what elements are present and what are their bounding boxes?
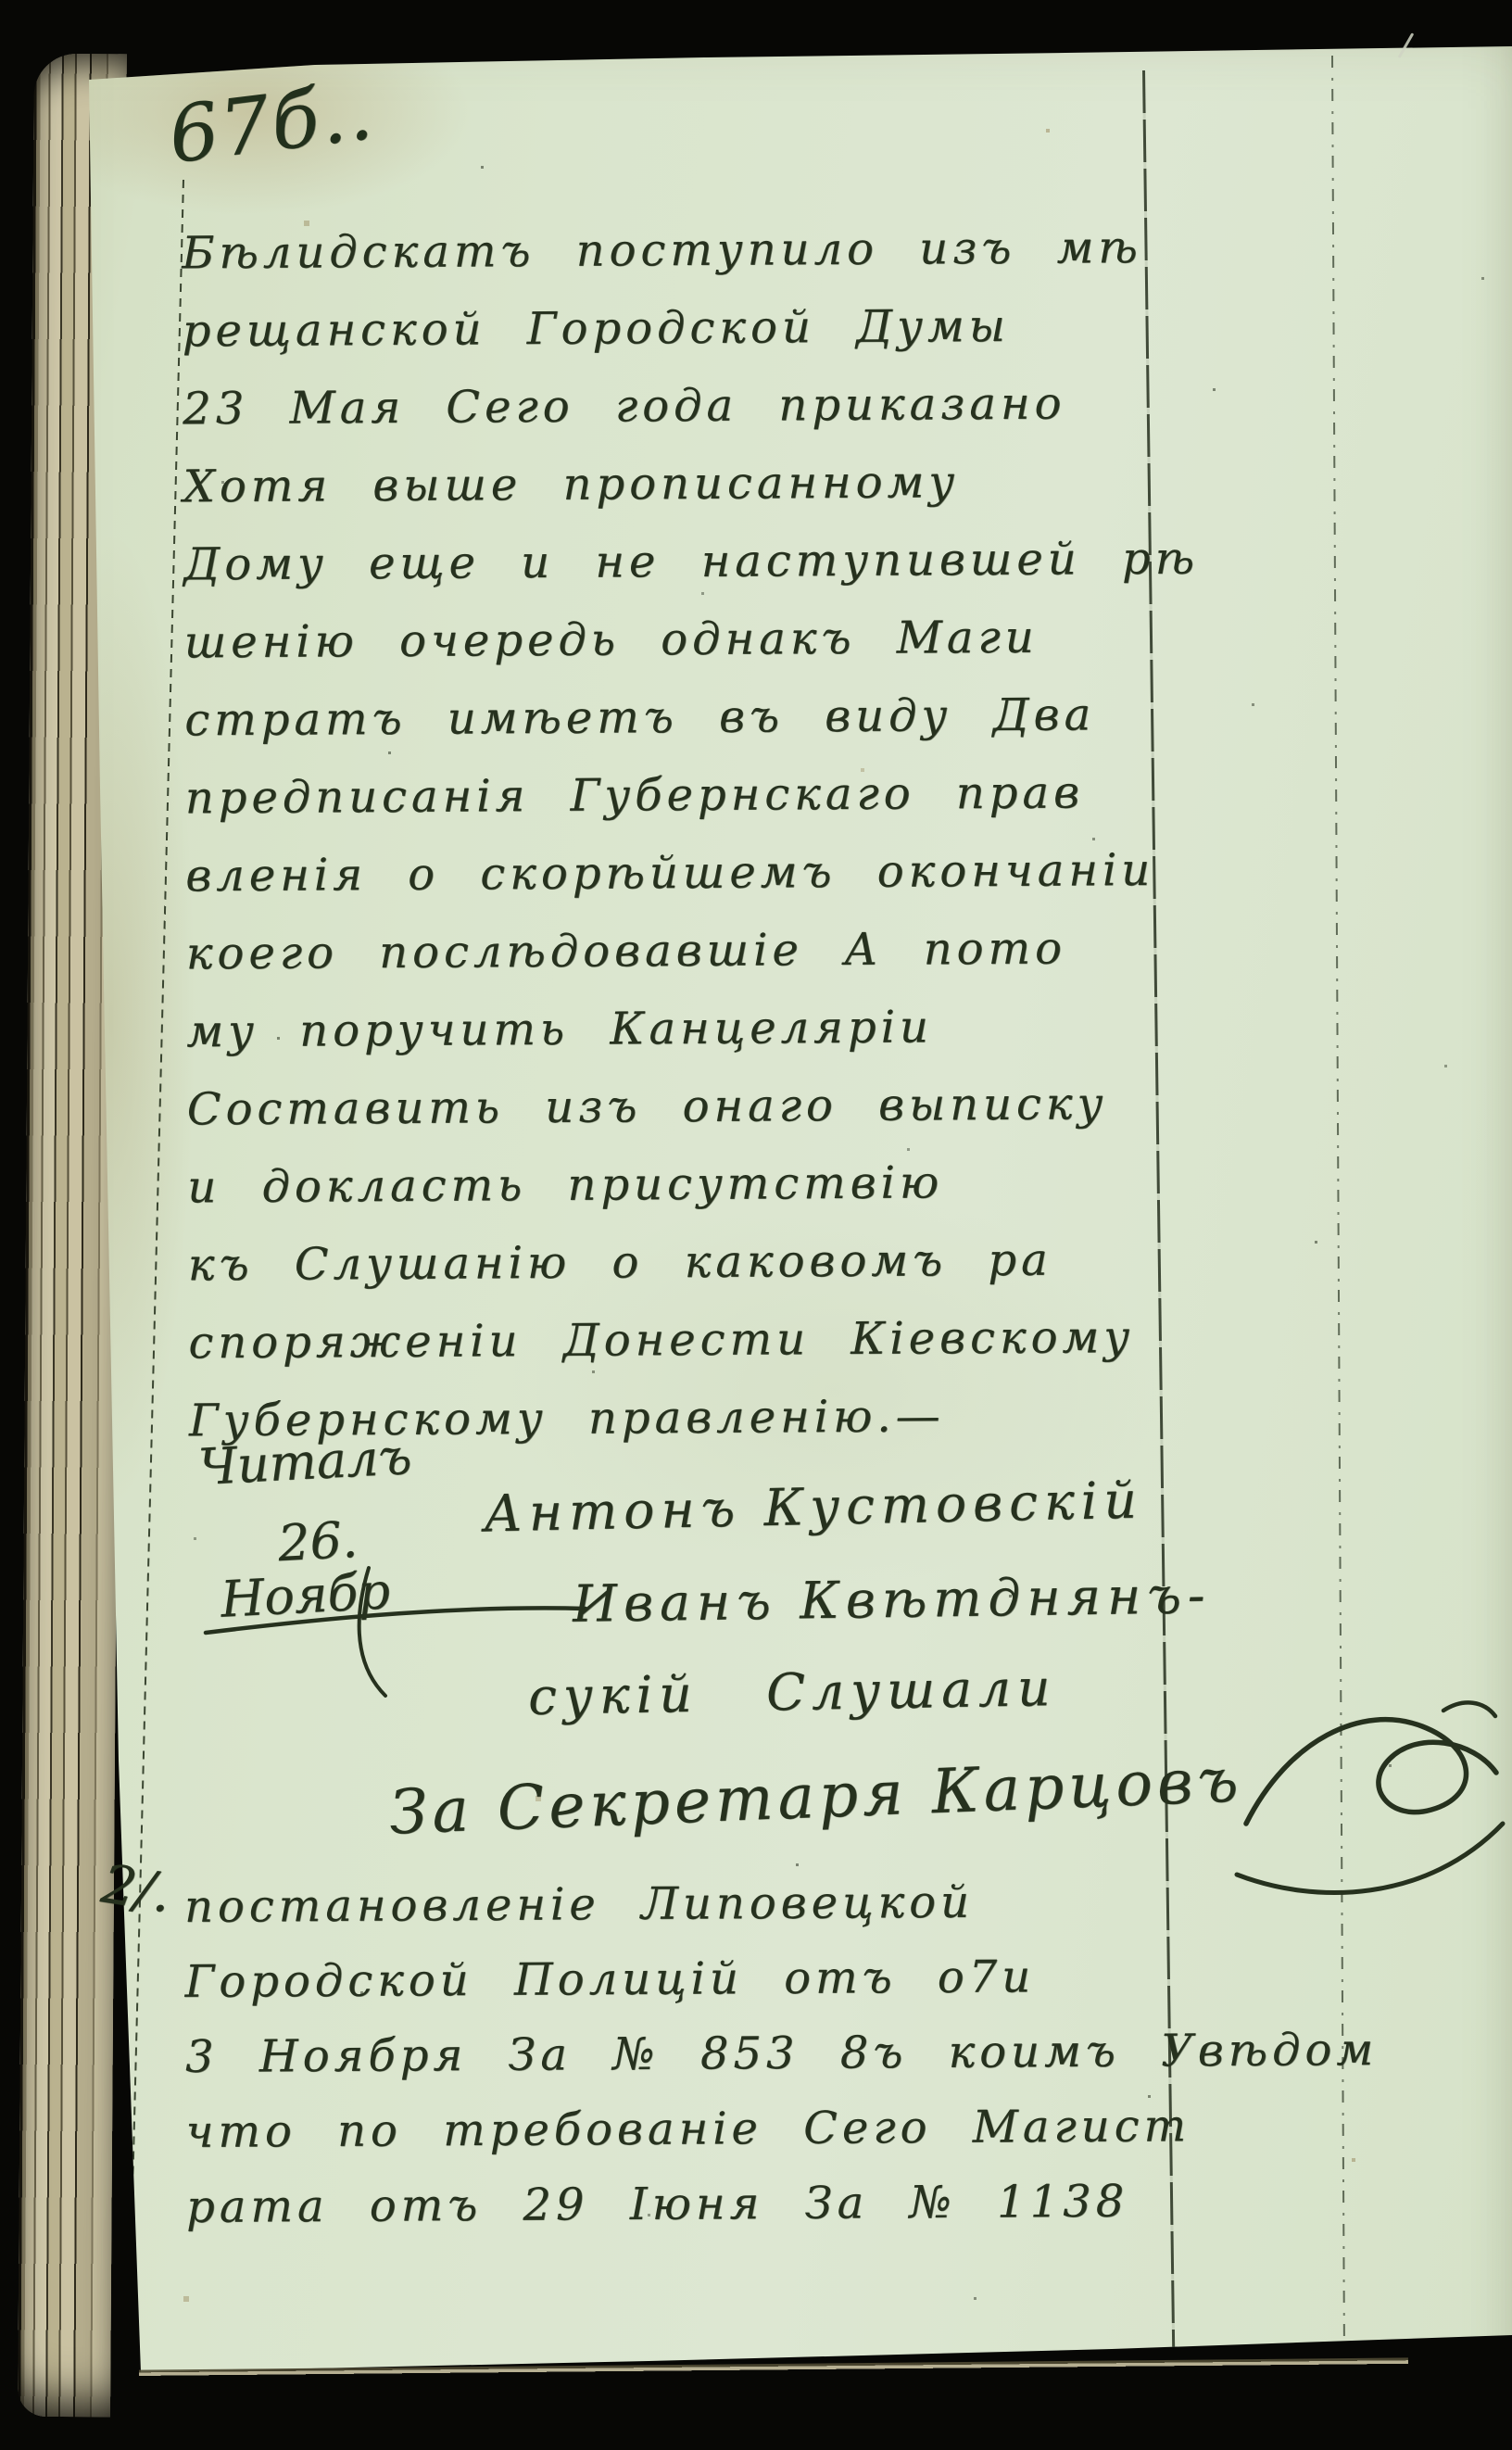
text-line: рата отъ 29 Іюня За № 1138 — [186, 2163, 1380, 2245]
text-line: постановленіе Липовецкой — [184, 1863, 1378, 1945]
margin-note-read: Читалъ — [197, 1427, 413, 1497]
photo-canvas: 67б.. Бѣлидскатъ поступило изъ мѣ рещанс… — [0, 0, 1512, 2450]
text-line: и докласть присутствію — [187, 1143, 1203, 1227]
text-line: шенію очередь однакъ Маги — [183, 598, 1199, 682]
signature-kustovsky: Антонъ Кустовскій — [483, 1471, 1143, 1544]
text-line: споряженіи Донести Кіевскому — [188, 1298, 1203, 1383]
text-line: Составить изъ онаго выписку — [187, 1065, 1203, 1149]
text-line: му поручить Канцеляріи — [186, 987, 1202, 1071]
text-line: 3 Ноября За № 853 8ъ коимъ Увѣдом — [185, 2013, 1379, 2095]
text-line: Городской Полицій отъ о7и — [184, 1938, 1378, 2020]
paragraph-2-number: 2/. — [97, 1852, 176, 1926]
clerk-signature-line: За Секретаря Карцовъ — [388, 1744, 1244, 1848]
paper-speckles — [0, 0, 1, 1]
text-line: стратъ имѣетъ въ виду Два — [184, 676, 1200, 760]
text-line: вленія о скорѣйшемъ окончаніи — [185, 831, 1201, 916]
text-line: коего послѣдовавшіе А пото — [186, 909, 1202, 993]
main-text-paragraph-2: постановленіе Липовецкой Городской Полиц… — [184, 1863, 1380, 2245]
text-line: Дому еще и не наступившей рѣ — [183, 520, 1199, 604]
manuscript-page: 67б.. Бѣлидскатъ поступило изъ мѣ рещанс… — [0, 0, 1512, 2450]
signature-kvetdnyan-line2: сукій Слушали — [527, 1658, 1056, 1726]
text-line: рещанской Городской Думы — [182, 286, 1197, 371]
text-line: 23 Мая Сего года приказано — [183, 364, 1198, 448]
text-line: предписанія Губернскаго прав — [184, 753, 1200, 838]
text-line: къ Слушанію о каковомъ ра — [188, 1220, 1203, 1305]
margin-rule-left — [127, 180, 184, 2375]
paper-stains — [0, 0, 2, 2]
main-text-paragraph-1: Бѣлидскатъ поступило изъ мѣ рещанской Го… — [182, 208, 1204, 1460]
folio-number: 67б.. — [164, 66, 379, 181]
text-line: Хотя выше прописанному — [183, 442, 1198, 526]
text-line: Бѣлидскатъ поступило изъ мѣ — [182, 208, 1197, 293]
text-line: что по требованіе Сего Магист — [185, 2088, 1379, 2170]
signature-kvetdnyan-line1: Иванъ Квѣтднянъ- — [573, 1565, 1212, 1634]
